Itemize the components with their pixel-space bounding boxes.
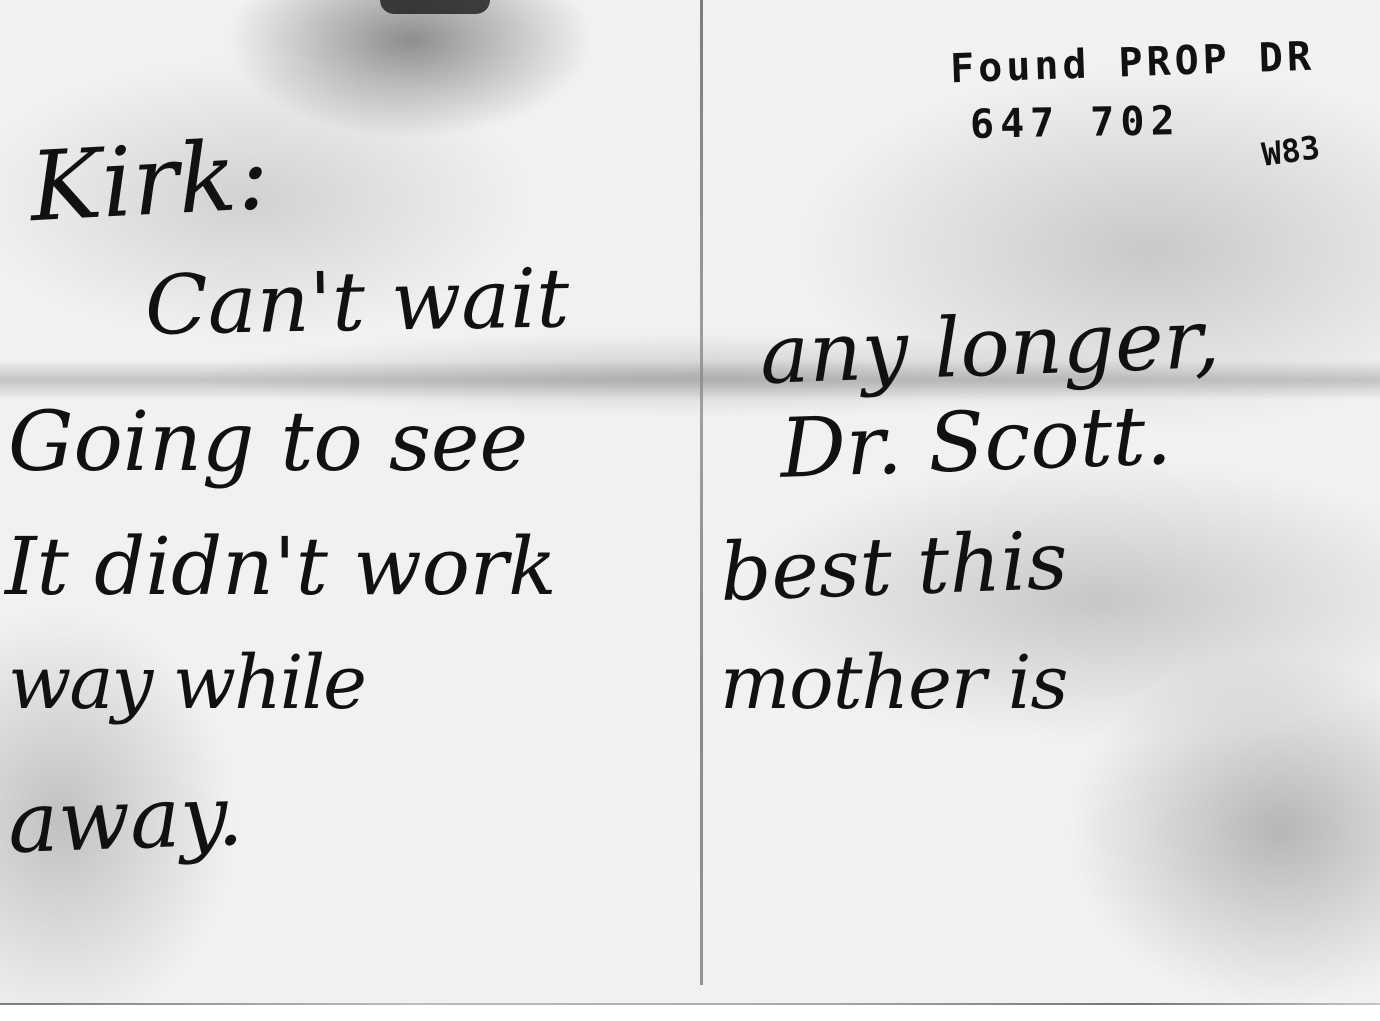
note-line-4-right: mother is (720, 640, 1067, 726)
note-line-1-right: any longer, (758, 292, 1221, 403)
evidence-annotation-line-2: 647 702 (970, 98, 1181, 148)
evidence-annotation-line-1: Found PROP DR (949, 34, 1315, 93)
note-line-2-right: Dr. Scott. (778, 388, 1173, 497)
note-line-4-left: way while (8, 640, 365, 726)
note-line-1-left: Can't wait (144, 251, 570, 353)
note-paper: Found PROP DR 647 702 W83 Kirk: Can't wa… (0, 0, 1380, 1021)
ink-smudge (380, 0, 490, 14)
note-line-5: away. (6, 766, 244, 872)
note-line-3-right: best this (718, 514, 1069, 619)
scan-margin (0, 1005, 1380, 1021)
vertical-fold-crease (700, 0, 703, 985)
note-line-3-left: It didn't work (5, 520, 557, 613)
note-salutation: Kirk: (27, 119, 271, 243)
note-line-2-left: Going to see (8, 395, 528, 490)
evidence-annotation-initials: W83 (1260, 128, 1323, 174)
